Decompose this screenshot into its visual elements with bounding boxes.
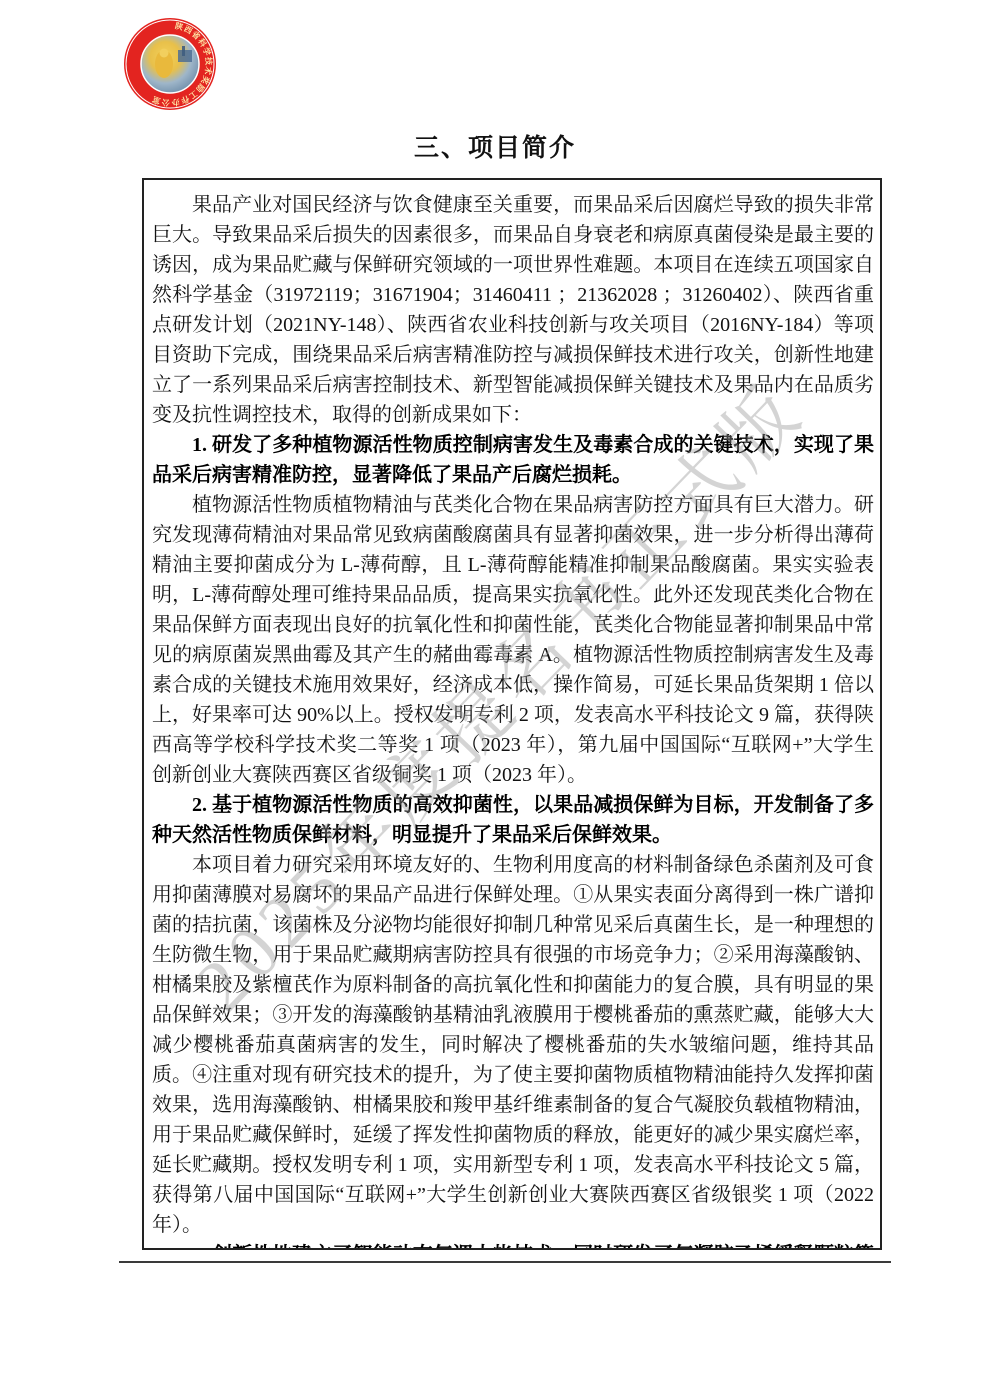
body-paragraph: 果品产业对国民经济与饮食健康至关重要，而果品采后因腐烂导致的损失非常巨大。导致果… <box>152 190 874 430</box>
body-paragraph: 本项目着力研究采用环境友好的、生物利用度高的材料制备绿色杀菌剂及可食用抑菌薄膜对… <box>152 850 874 1240</box>
seal-icon: 陕西省科学技术奖励工作办公室 <box>122 16 218 112</box>
section-heading-paragraph: 3. 创新性地建立了智能动态气调大帐技术，同时研发了气凝胶乙烯缓释颗粒等绿色即食… <box>152 1240 874 1250</box>
document-page: 陕西省科学技术奖励工作办公室 三、项目简介 2025年度提名书正式版 果品产业对… <box>0 0 990 1399</box>
body-paragraph: 植物源活性物质植物精油与芪类化合物在果品病害防控方面具有巨大潜力。研究发现薄荷精… <box>152 490 874 790</box>
table-outer-border-line <box>119 1261 891 1263</box>
organization-seal-logo: 陕西省科学技术奖励工作办公室 <box>122 16 218 112</box>
project-summary-box: 果品产业对国民经济与饮食健康至关重要，而果品采后因腐烂导致的损失非常巨大。导致果… <box>142 178 882 1250</box>
section-heading-paragraph: 2. 基于植物源活性物质的高效抑菌性，以果品减损保鲜为目标，开发制备了多种天然活… <box>152 790 874 850</box>
page-title: 三、项目简介 <box>0 128 990 164</box>
section-heading-paragraph: 1. 研发了多种植物源活性物质控制病害发生及毒素合成的关键技术，实现了果品采后病… <box>152 430 874 490</box>
